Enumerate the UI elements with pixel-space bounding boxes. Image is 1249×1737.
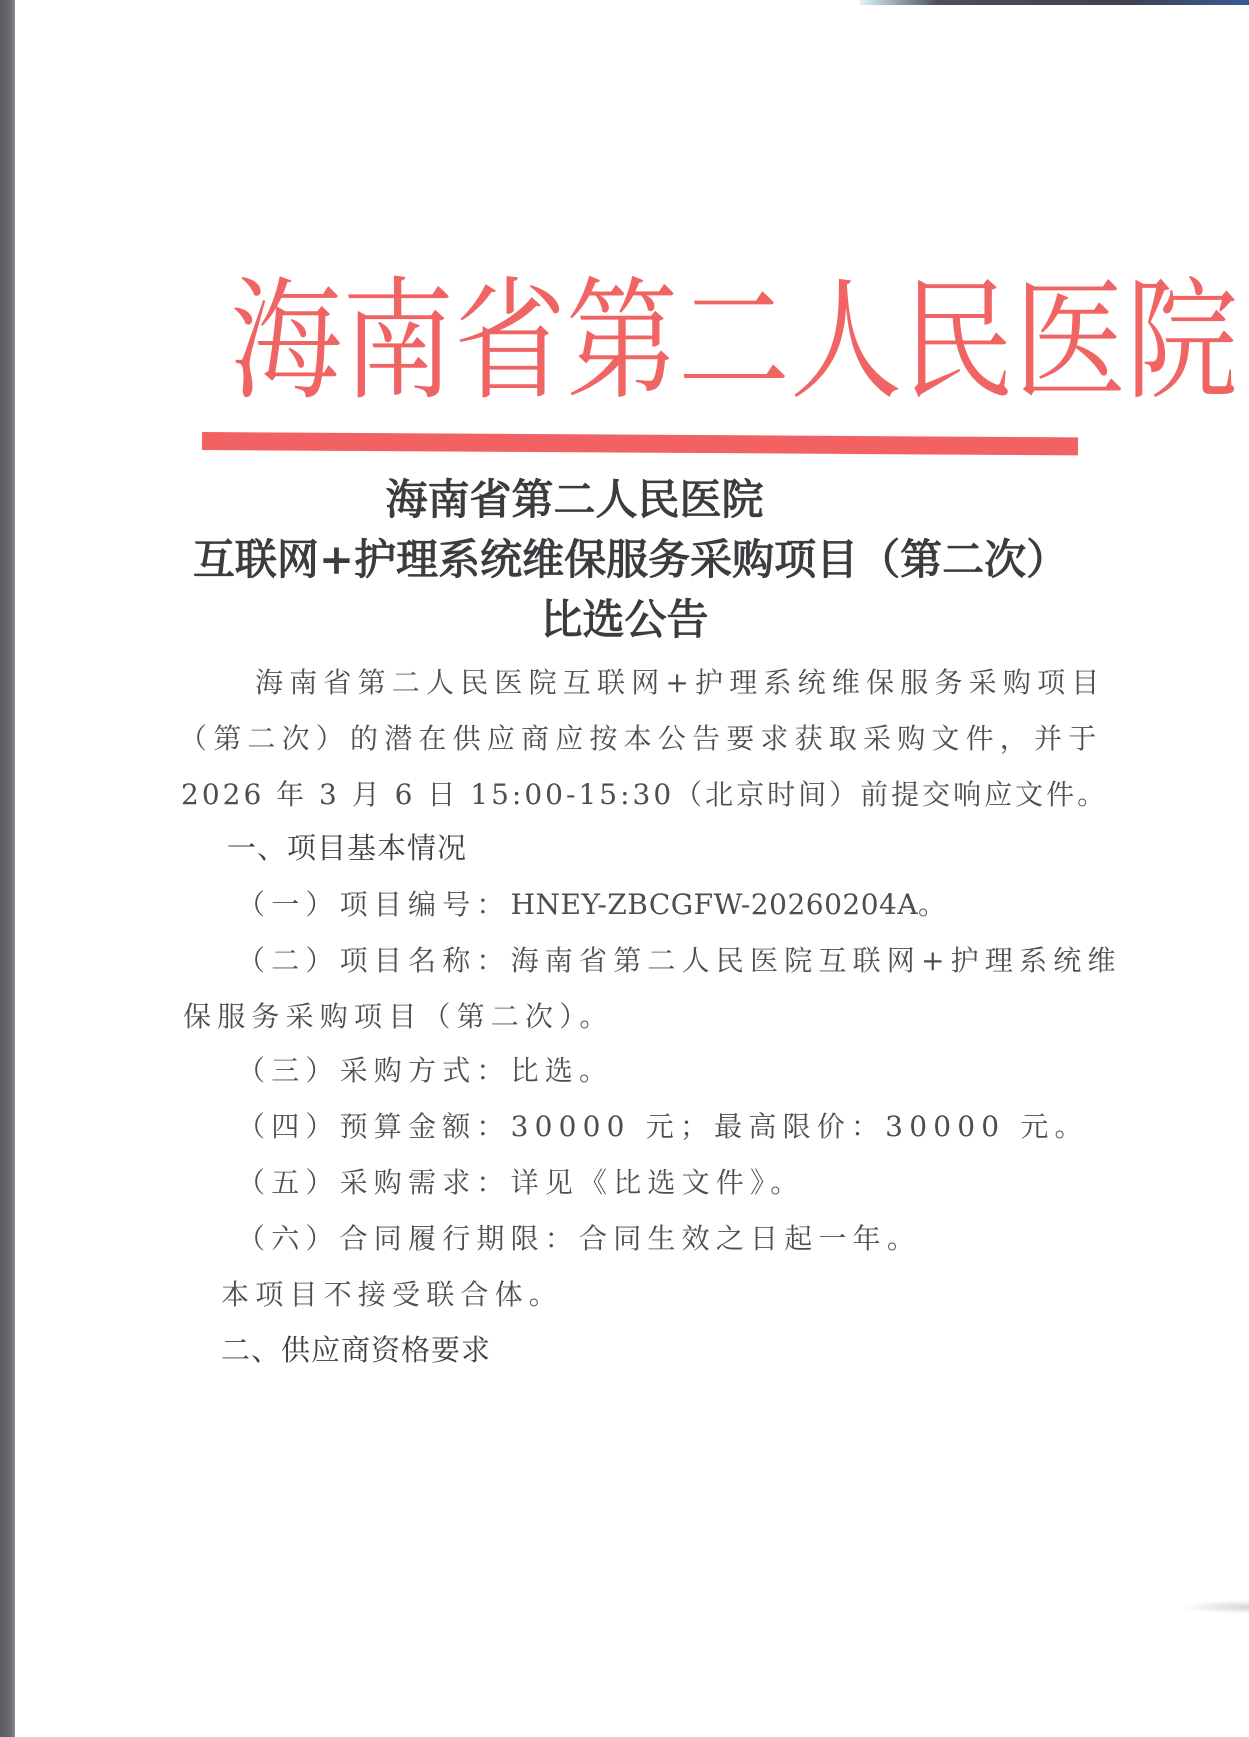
section-1-heading: 一、项目基本情况 — [185, 818, 467, 879]
item-label: （五）采购需求： — [237, 1166, 511, 1199]
item-label: （二）项目名称： — [237, 944, 511, 977]
item-budget: （四）预算金额：30000 元；最高限价：30000 元。 — [237, 1096, 1089, 1157]
intro-line-1: 海南省第二人民医院互联网+护理系统维保服务采购项目 — [185, 652, 1105, 713]
scan-edge-left — [0, 0, 15, 1737]
masthead-char: 省 — [454, 254, 566, 431]
masthead-char: 人 — [790, 254, 902, 431]
item-label: （三）采购方式： — [237, 1054, 511, 1087]
item-project-name: （二）项目名称：海南省第二人民医院互联网+护理系统维 — [237, 930, 1122, 991]
title-line-project: 互联网+护理系统维保服务采购项目（第二次） — [12, 530, 1249, 590]
scan-edge-top — [860, 0, 1249, 5]
intro-line-2: （第二次）的潜在供应商应按本公告要求获取采购文件，并于 — [179, 708, 1102, 769]
item-value: 30000 元；最高限价：30000 元。 — [511, 1110, 1089, 1143]
item-value: 比选。 — [511, 1054, 614, 1087]
masthead-char: 院 — [1126, 254, 1238, 431]
masthead-char: 海 — [230, 254, 342, 431]
document-title: 海南省第二人民医院 互联网+护理系统维保服务采购项目（第二次） 比选公告 — [0, 470, 1249, 650]
item-label: （一）项目编号： — [237, 888, 511, 921]
title-line-organization: 海南省第二人民医院 — [0, 470, 1249, 530]
masthead-char: 民 — [902, 254, 1014, 431]
item-procurement-method: （三）采购方式：比选。 — [237, 1040, 613, 1101]
masthead-char: 二 — [678, 254, 790, 431]
masthead-organization-name: 海 南 省 第 二 人 民 医 院 — [230, 248, 1060, 437]
masthead-char: 南 — [342, 254, 454, 431]
item-label: （四）预算金额： — [237, 1110, 511, 1143]
item-value: HNEY-ZBCGFW-20260204A。 — [511, 888, 947, 921]
item-label: （六）合同履行期限： — [237, 1222, 579, 1255]
item-contract-period: （六）合同履行期限：合同生效之日起一年。 — [237, 1208, 921, 1269]
title-line-notice-type: 比选公告 — [0, 590, 1249, 650]
masthead-char: 医 — [1014, 254, 1126, 431]
section-2-heading: 二、供应商资格要求 — [221, 1320, 491, 1381]
scan-smudge — [1180, 1600, 1249, 1614]
item-value: 详见《比选文件》。 — [511, 1166, 805, 1199]
item-project-number: （一）项目编号：HNEY-ZBCGFW-20260204A。 — [237, 874, 947, 935]
intro-line-3: 2026 年 3 月 6 日 15:00-15:30（北京时间）前提交响应文件。 — [181, 764, 1108, 825]
item-value: 海南省第二人民医院互联网+护理系统维 — [511, 944, 1122, 977]
item-value: 合同生效之日起一年。 — [579, 1222, 921, 1255]
masthead-char: 第 — [566, 254, 678, 431]
consortium-note: 本项目不接受联合体。 — [221, 1264, 563, 1325]
item-requirements: （五）采购需求：详见《比选文件》。 — [237, 1152, 804, 1213]
item-project-name-cont: 保服务采购项目（第二次）。 — [183, 986, 614, 1047]
